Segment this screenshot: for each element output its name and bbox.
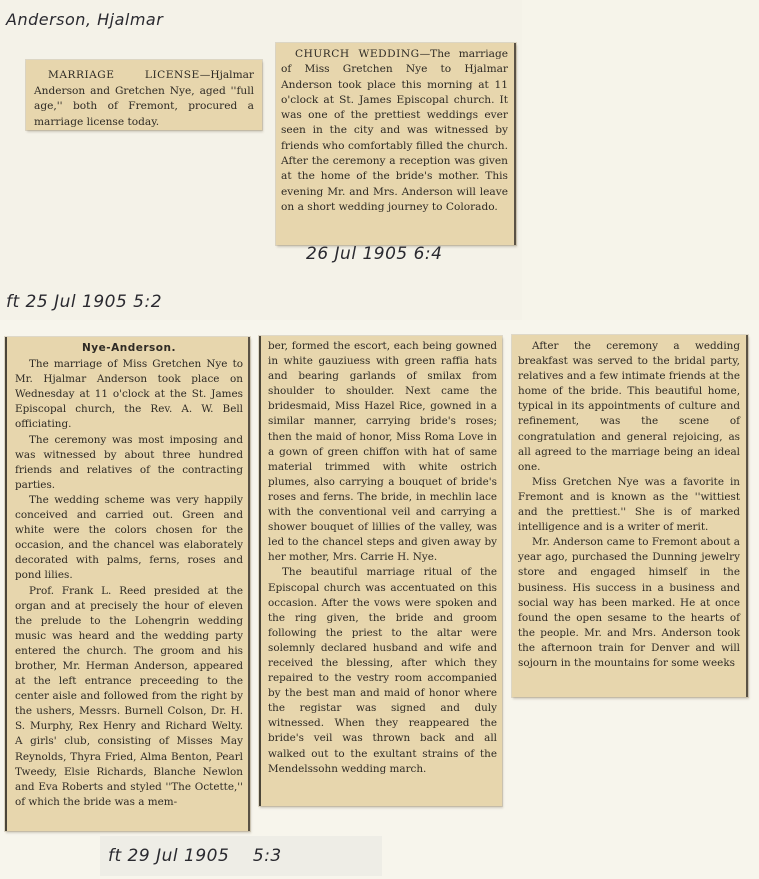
- handwritten-date-annotation-3: ft 29 Jul 1905 5:3: [108, 846, 282, 866]
- article-title: Nye-Anderson.: [15, 341, 243, 356]
- handwritten-date-annotation-1: ft 25 Jul 1905 5:2: [6, 292, 162, 312]
- handwritten-subject-name: Anderson, Hjalmar: [6, 10, 163, 29]
- wedding-headline: CHURCH WEDDING: [295, 48, 420, 60]
- article-paragraph: The ceremony was most imposing and was w…: [15, 433, 243, 493]
- article-paragraph: After the ceremony a wedding breakfast w…: [518, 339, 740, 475]
- license-headline: MARRIAGE LICENSE: [48, 69, 200, 81]
- article-paragraph: The wedding scheme was very happily conc…: [15, 493, 243, 584]
- marriage-license-clipping: MARRIAGE LICENSE—Hjalmar Anderson and Gr…: [26, 60, 262, 130]
- handwritten-date-annotation-2: 26 Jul 1905 6:4: [306, 244, 442, 264]
- article-column-3: After the ceremony a wedding breakfast w…: [512, 335, 748, 697]
- church-wedding-clipping: CHURCH WEDDING—The marriage of Miss Gret…: [276, 43, 516, 245]
- article-paragraph: The marriage of Miss Gretchen Nye to Mr.…: [15, 357, 243, 432]
- article-column-2: ber, formed the escort, each being gowne…: [259, 336, 502, 806]
- article-paragraph: Mr. Anderson came to Fremont about a yea…: [518, 535, 740, 671]
- article-paragraph: Prof. Frank L. Reed presided at the orga…: [15, 584, 243, 810]
- article-column-1: Nye-Anderson. The marriage of Miss Gretc…: [5, 337, 250, 831]
- article-paragraph: ber, formed the escort, each being gowne…: [268, 339, 497, 565]
- article-paragraph: The beautiful marriage ritual of the Epi…: [268, 565, 497, 776]
- wedding-text: —The marriage of Miss Gretchen Nye to Hj…: [281, 48, 508, 213]
- article-paragraph: Miss Gretchen Nye was a favorite in Frem…: [518, 475, 740, 535]
